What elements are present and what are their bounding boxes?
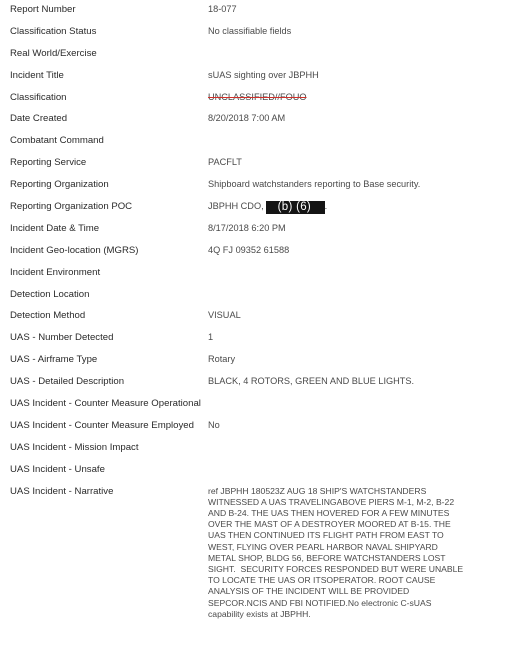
incident-report-form: Report Number 18-077 Classification Stat… [10, 0, 515, 642]
field-label: UAS - Number Detected [10, 332, 113, 343]
field-value: BLACK, 4 ROTORS, GREEN AND BLUE LIGHTS. [208, 376, 414, 386]
poc-prefix: JBPHH CDO, [208, 201, 264, 211]
field-label: Detection Location [10, 289, 89, 300]
field-report-number: Report Number 18-077 [10, 0, 515, 22]
field-classification: Classification UNCLASSIFIED//FOUO [10, 88, 515, 110]
field-label: Incident Title [10, 70, 64, 81]
field-mission-impact: UAS Incident - Mission Impact [10, 438, 515, 460]
field-label: UAS - Airframe Type [10, 354, 97, 365]
field-label: UAS Incident - Unsafe [10, 464, 105, 475]
field-reporting-organization: Reporting Organization Shipboard watchst… [10, 175, 515, 197]
field-label: UAS Incident - Counter Measure Operation… [10, 398, 201, 409]
field-label: Classification Status [10, 26, 96, 37]
field-label: UAS Incident - Counter Measure Employed [10, 420, 194, 431]
field-value: No classifiable fields [208, 26, 291, 36]
field-value: VISUAL [208, 310, 241, 320]
field-reporting-service: Reporting Service PACFLT [10, 153, 515, 175]
field-label: Incident Date & Time [10, 223, 99, 234]
field-incident-date-time: Incident Date & Time 8/17/2018 6:20 PM [10, 219, 515, 241]
field-detection-method: Detection Method VISUAL [10, 306, 515, 328]
field-uas-detailed-description: UAS - Detailed Description BLACK, 4 ROTO… [10, 372, 515, 394]
field-incident-environment: Incident Environment [10, 263, 515, 285]
field-label: Real World/Exercise [10, 48, 97, 59]
field-value: 4Q FJ 09352 61588 [208, 245, 289, 255]
field-date-created: Date Created 8/20/2018 7:00 AM [10, 109, 515, 131]
poc-suffix: . [325, 201, 328, 211]
narrative-text: ref JBPHH 180523Z AUG 18 SHIP'S WATCHSTA… [208, 486, 483, 620]
field-label: Report Number [10, 4, 76, 15]
field-incident-title: Incident Title sUAS sighting over JBPHH [10, 66, 515, 88]
field-counter-measure-employed: UAS Incident - Counter Measure Employed … [10, 416, 515, 438]
field-label: Date Created [10, 113, 67, 124]
field-label: Classification [10, 92, 67, 103]
field-label: UAS - Detailed Description [10, 376, 124, 387]
field-value: Shipboard watchstanders reporting to Bas… [208, 179, 420, 189]
field-value: 8/20/2018 7:00 AM [208, 113, 285, 123]
field-value: 18-077 [208, 4, 237, 14]
field-label: Detection Method [10, 310, 85, 321]
field-value: 8/17/2018 6:20 PM [208, 223, 286, 233]
field-value: sUAS sighting over JBPHH [208, 70, 319, 80]
redaction-box: (b) (6) [266, 201, 325, 214]
field-classification-status: Classification Status No classifiable fi… [10, 22, 515, 44]
field-incident-geo-location: Incident Geo-location (MGRS) 4Q FJ 09352… [10, 241, 515, 263]
field-label: Reporting Organization [10, 179, 109, 190]
field-narrative: UAS Incident - Narrative ref JBPHH 18052… [10, 482, 515, 642]
field-label: Incident Environment [10, 267, 100, 278]
field-value: Rotary [208, 354, 235, 364]
field-counter-measure-operational: UAS Incident - Counter Measure Operation… [10, 394, 515, 416]
field-value: PACFLT [208, 157, 242, 167]
field-label: UAS Incident - Narrative [10, 486, 113, 497]
field-label: Combatant Command [10, 135, 104, 146]
field-value: 1 [208, 332, 213, 342]
field-combatant-command: Combatant Command [10, 131, 515, 153]
field-value-struck: UNCLASSIFIED//FOUO [208, 92, 307, 102]
field-label: Reporting Organization POC [10, 201, 132, 212]
field-uas-airframe-type: UAS - Airframe Type Rotary [10, 350, 515, 372]
field-label: UAS Incident - Mission Impact [10, 442, 139, 453]
field-label: Incident Geo-location (MGRS) [10, 245, 139, 256]
field-uas-number-detected: UAS - Number Detected 1 [10, 328, 515, 350]
field-unsafe: UAS Incident - Unsafe [10, 460, 515, 482]
field-value-poc: JBPHH CDO,(b) (6). [208, 201, 327, 214]
field-reporting-organization-poc: Reporting Organization POC JBPHH CDO,(b)… [10, 197, 515, 219]
field-real-world-exercise: Real World/Exercise [10, 44, 515, 66]
field-value: No [208, 420, 220, 430]
field-label: Reporting Service [10, 157, 86, 168]
field-detection-location: Detection Location [10, 285, 515, 307]
